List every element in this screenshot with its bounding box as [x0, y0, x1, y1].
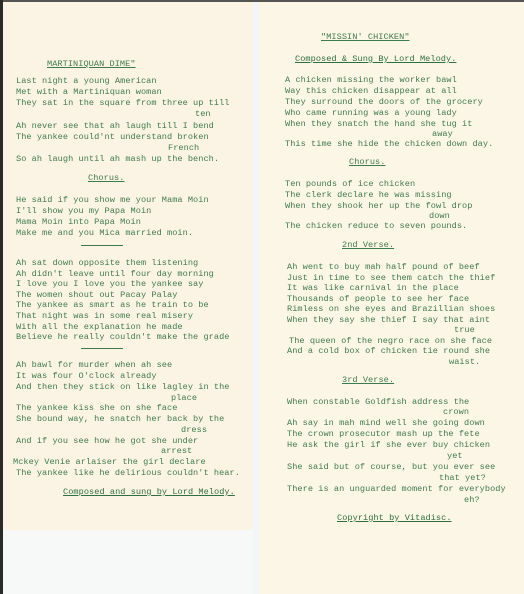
- lyric-line-wrap: dress: [181, 425, 207, 435]
- lyric-line: He ask the girl if she ever buy chicken: [287, 440, 490, 450]
- lyric-line: Ah never see that ah laugh till I bend: [16, 121, 214, 131]
- lyric-line: Ah didn't leave until four day morning: [16, 269, 214, 279]
- lyric-line: Met with a Martiniquan woman: [16, 87, 162, 97]
- section-separator: [81, 245, 123, 246]
- lyric-line: Mckey Venie arlaiser the girl declare: [13, 457, 206, 467]
- lyric-line: She said but of course, but you ever see: [287, 462, 495, 472]
- lyric-line: And a cold box of chicken tie round she: [287, 346, 490, 356]
- lyric-line: When constable Goldfish address the: [287, 397, 469, 407]
- lyric-line: He said if you show me your Mama Moin: [16, 195, 209, 205]
- song-title: "MISSIN' CHICKEN": [321, 32, 410, 42]
- lyric-line-wrap: true: [454, 325, 475, 335]
- lyric-line: She bound way, he snatch her back by the: [16, 414, 224, 424]
- lyric-line: The yankee kiss she on she face: [16, 403, 177, 413]
- lyric-line: This time she hide the chicken down day.: [285, 139, 493, 149]
- lyric-line: The clerk declare he was missing: [285, 190, 452, 200]
- lyric-line: Way this chicken disappear at all: [285, 86, 457, 96]
- lyric-line: The chicken reduce to seven pounds.: [285, 221, 467, 231]
- lyric-line: The yankee like he delirious couldn't he…: [16, 468, 240, 478]
- lyric-line: When they snatch the hand she tug it: [285, 119, 472, 129]
- lyric-line: I'll show you my Papa Moin: [16, 206, 151, 216]
- lyric-line: Mama Moin into Papa Moin: [16, 217, 141, 227]
- lyric-sheet-missin-chicken: "MISSIN' CHICKEN" Composed & Sung By Lor…: [259, 2, 524, 594]
- lyric-line: Ah went to buy mah half pound of beef: [287, 262, 480, 272]
- lyric-line: That night was in some real misery: [16, 311, 193, 321]
- lyric-line: They sat in the square from three up til…: [16, 98, 230, 108]
- lyric-line-wrap: down: [429, 211, 450, 221]
- lyric-line-wrap: that yet?: [439, 473, 486, 483]
- lyric-line-wrap: arrest: [161, 446, 192, 456]
- lyric-line: I love you I love you the yankee say: [16, 279, 203, 289]
- lyric-line-wrap: ten: [195, 109, 211, 119]
- lyric-line-wrap: waist.: [449, 357, 480, 367]
- verse-2-heading: 2nd Verse.: [342, 240, 394, 250]
- lyric-line-wrap: crown: [443, 407, 469, 417]
- lyric-line: Last night a young American: [16, 76, 157, 86]
- composer-credit: Composed and sung by Lord Melody.: [63, 487, 235, 497]
- lyric-line: When they shook her up the fowl drop: [285, 201, 472, 211]
- lyric-line: The crown prosecutor mash up the fete: [287, 429, 480, 439]
- section-separator: [81, 348, 123, 349]
- chorus-heading: Chorus.: [349, 157, 385, 167]
- lyric-line: Rimless on she eyes and Brazillian shoes: [287, 304, 495, 314]
- chorus-heading: Chorus.: [88, 173, 124, 183]
- lyric-line: And then they stick on like lagley in th…: [16, 382, 230, 392]
- lyric-line: A chicken missing the worker bawl: [285, 75, 457, 85]
- lyric-line: And if you see how he got she under: [16, 436, 198, 446]
- lyric-line: The yankee could'nt understand broken: [16, 132, 209, 142]
- lyric-line-wrap: place: [171, 393, 197, 403]
- lyric-line: Thousands of people to see her face: [287, 294, 469, 304]
- lyric-sheet-martiniquan-dime: MARTINIQUAN DIME" Last night a young Ame…: [3, 2, 253, 530]
- lyric-line: It was four O'clock already: [16, 371, 157, 381]
- song-subtitle: Composed & Sung By Lord Melody.: [295, 54, 456, 64]
- lyric-line: With all the explanation he made: [16, 322, 183, 332]
- song-title: MARTINIQUAN DIME": [47, 59, 136, 69]
- lyric-line: When they say she thief I say that aint: [287, 315, 490, 325]
- lyric-line-wrap: eh?: [464, 495, 480, 505]
- lyric-line: They surround the doors of the grocery: [285, 97, 483, 107]
- lyric-line: There is an unguarded moment for everybo…: [287, 484, 506, 494]
- lyric-line-wrap: away: [432, 129, 453, 139]
- lyric-line: Make me and you Mica married moin.: [16, 228, 193, 238]
- copyright-notice: Copyright by Vitadisc.: [337, 513, 452, 523]
- lyric-line: Ten pounds of ice chicken: [285, 179, 415, 189]
- lyric-line: Ah say in mah mind well she going down: [287, 418, 485, 428]
- lyric-line: Just in time to see them catch the thief: [287, 273, 495, 283]
- lyric-line: Ah sat down opposite them listening: [16, 258, 198, 268]
- lyric-line-wrap: yet: [447, 451, 463, 461]
- lyric-line: The yankee as smart as he train to be: [16, 300, 209, 310]
- lyric-line: Who came running was a young lady: [285, 108, 457, 118]
- lyric-line: Ah bawl for murder when ah see: [16, 360, 172, 370]
- verse-3-heading: 3rd Verse.: [342, 375, 394, 385]
- lyric-line: So ah laugh until ah mash up the bench.: [16, 154, 219, 164]
- lyric-line: Believe he really couldn't make the grad…: [16, 332, 230, 342]
- lyric-line: The women shout out Pacay Palay: [16, 290, 177, 300]
- lyric-line: The queen of the negro race on she face: [289, 336, 492, 346]
- lyric-line-wrap: French: [168, 143, 199, 153]
- lyric-line: It was like carnival in the place: [287, 283, 459, 293]
